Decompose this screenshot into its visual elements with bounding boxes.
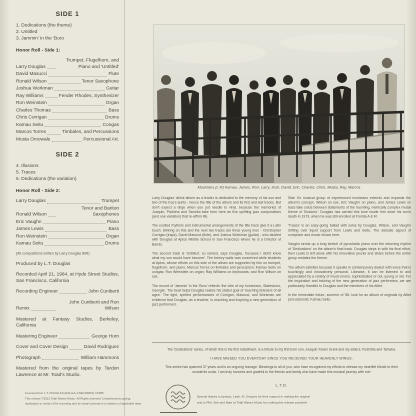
dedication-line-1: The 'Dedications' series, of which this … bbox=[152, 348, 411, 352]
dedication-line-3: This series has spanned 37 years and is … bbox=[152, 365, 411, 375]
photo-caption: Musicians (L-R) Kamau, James, Ron, Larry… bbox=[154, 185, 404, 190]
liner-notes-paragraph: The album satisfies because it speaks in… bbox=[288, 265, 411, 288]
special-thanks-text: Special thanks to Ignacio, Leah, Al, Gre… bbox=[197, 394, 397, 406]
divider-rule bbox=[152, 342, 411, 343]
liner-notes-paragraph: The second track is 'Untitled', so named… bbox=[152, 251, 281, 279]
liner-notes-paragraph: The record of 'Jammin' in the 'Boro' ref… bbox=[152, 284, 281, 307]
liner-notes-paragraph: In the immediate future, summer of '85, … bbox=[288, 293, 411, 302]
dedication-line-2: I HAVE MISSED YOU EVERYDAY SINCE YOU REC… bbox=[152, 357, 411, 361]
thanks-line: and to Phil, Seb and Nate at Tidal Waves… bbox=[197, 400, 397, 406]
waves-icon bbox=[163, 383, 193, 413]
liner-notes-paragraph: Larry Douglas' debut album as a leader i… bbox=[152, 196, 281, 219]
album-back-cover: { "colors": { "background": "#eae7dc", "… bbox=[0, 0, 416, 416]
liner-notes-paragraph: Side II's musical group of experienced m… bbox=[288, 196, 411, 219]
license-text: Licensed from L.T. DOUGLAS (RALILA-J REC… bbox=[25, 391, 161, 407]
logo-underline bbox=[160, 412, 197, 413]
liner-notes-left-column: Larry Douglas' debut album as a leader i… bbox=[152, 196, 281, 312]
liner-notes-paragraph: Vaughn sends up a long stretch of pyrocl… bbox=[288, 242, 411, 261]
liner-notes-paragraph: 'Traces' is an easy-going ballad with so… bbox=[288, 224, 411, 238]
liner-notes-right-column: Side II's musical group of experienced m… bbox=[288, 196, 411, 307]
license-line: duplication or rental of the recording a… bbox=[25, 402, 161, 407]
tidal-waves-logo bbox=[163, 383, 193, 413]
small-print-layer: Musicians (L-R) Kamau, James, Ron, Larry… bbox=[0, 0, 416, 416]
liner-notes-paragraph: The excited rhythms and instrumental arr… bbox=[152, 224, 281, 247]
